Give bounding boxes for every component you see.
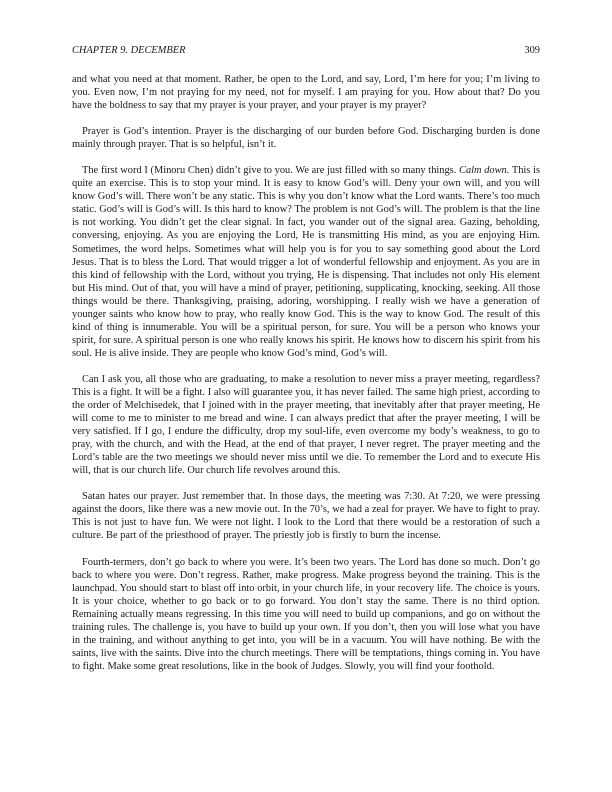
- paragraph-first-word: The first word I (Minoru Chen) didn’t gi…: [72, 164, 540, 360]
- paragraph-continuation: and what you need at that moment. Rather…: [72, 73, 540, 112]
- paragraph-prayer-meeting: Can I ask you, all those who are graduat…: [72, 373, 540, 477]
- chapter-title: CHAPTER 9. DECEMBER: [72, 44, 185, 58]
- paragraph-fourth-termers: Fourth-termers, don’t go back to where y…: [72, 556, 540, 673]
- running-header: CHAPTER 9. DECEMBER 309: [72, 44, 540, 58]
- text-run: This is quite an exercise. This is to st…: [72, 165, 540, 359]
- text-run: The first word I (Minoru Chen) didn’t gi…: [82, 165, 459, 176]
- page-number: 309: [524, 44, 540, 58]
- document-page: CHAPTER 9. DECEMBER 309 and what you nee…: [72, 44, 540, 686]
- paragraph-satan-hates-prayer: Satan hates our prayer. Just remember th…: [72, 490, 540, 542]
- paragraph-prayer-intention: Prayer is God’s intention. Prayer is the…: [72, 125, 540, 151]
- emphasis-calm-down: Calm down.: [459, 165, 509, 176]
